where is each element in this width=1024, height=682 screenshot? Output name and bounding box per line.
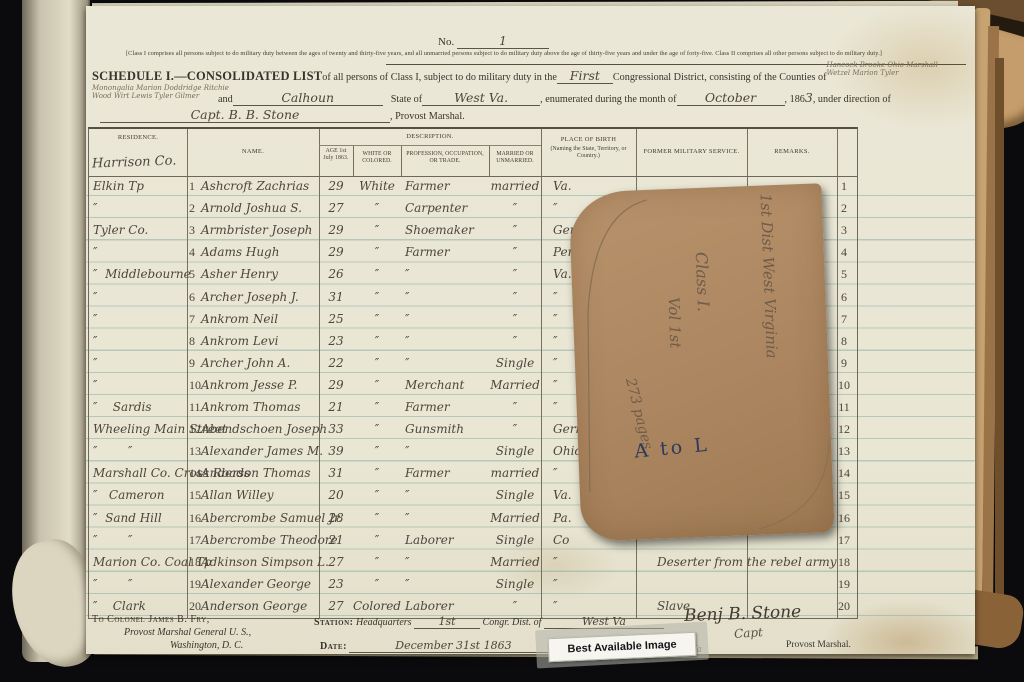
cell-residence: ″ ″ — [93, 530, 187, 552]
cell-profession: Farmer — [405, 397, 491, 419]
col-divider-sub — [489, 145, 490, 176]
cell-line-number: 9 — [189, 353, 201, 375]
cell-line-number: 14 — [189, 463, 201, 485]
state-handwritten: West Va. — [422, 90, 540, 106]
residence-county-handwritten: Harrison Co. — [92, 154, 177, 172]
cell-profession: ″ — [405, 485, 491, 507]
cell-married: ″ — [489, 419, 541, 441]
and-label: and — [218, 94, 233, 105]
cell-profession: ″ — [405, 264, 491, 286]
cell-name: Abercrombe Theodore — [201, 530, 321, 552]
col-divider-sub — [401, 145, 402, 176]
provost-label: , Provost Marshal. — [390, 111, 465, 122]
no-label: No. — [438, 36, 454, 48]
cell-line-number: 12 — [189, 419, 201, 441]
cell-profession: ″ — [405, 574, 491, 596]
counties-scribble-left: Monongalia Marion Doddridge Ritchie Wood… — [92, 90, 218, 102]
cell-color: ″ — [353, 574, 401, 596]
form-number: No. 1 — [438, 34, 549, 49]
station-label: Station: — [314, 617, 353, 628]
cell-name: Ankrom Jesse P. — [201, 375, 321, 397]
cell-profession: ″ — [405, 287, 491, 309]
remarks-header: REMARKS. — [747, 148, 837, 156]
county-handwritten: Calhoun — [233, 90, 383, 106]
cell-row-number: 17 — [835, 530, 853, 552]
cell-residence: ″ — [93, 331, 187, 353]
cell-line-number: 17 — [189, 530, 201, 552]
cell-profession: Shoemaker — [405, 220, 491, 242]
cell-line-number: 2 — [189, 198, 201, 220]
profession-header: PROFESSION, OCCUPATION, OR TRADE. — [403, 151, 487, 165]
cell-married: ″ — [489, 264, 541, 286]
signature-title: Provost Marshal. — [786, 640, 851, 650]
cell-age: 29 — [319, 375, 353, 397]
cell-color: ″ — [353, 375, 401, 397]
signature-rank: Capt — [734, 625, 764, 641]
cell-age: 29 — [319, 242, 353, 264]
cell-age: 23 — [319, 331, 353, 353]
cell-color: ″ — [353, 242, 401, 264]
cell-color: ″ — [353, 331, 401, 353]
cell-name: Archer John A. — [201, 353, 321, 375]
cell-name: Adkinson Simpson L. — [201, 552, 321, 574]
cell-age: 26 — [319, 264, 353, 286]
cell-name: Alexander George — [201, 574, 321, 596]
cell-line-number: 6 — [189, 287, 201, 309]
table-row: Marion Co. Coal Tp 18 Adkinson Simpson L… — [89, 552, 857, 574]
cell-profession: ″ — [405, 353, 491, 375]
cell-married: married — [489, 176, 541, 198]
cell-married: ″ — [489, 331, 541, 353]
cell-profession: Merchant — [405, 375, 491, 397]
residence-header: RESIDENCE. — [89, 134, 187, 142]
date-label: Date: — [320, 641, 347, 652]
age-header: AGE 1st July 1863. — [320, 148, 352, 162]
cell-residence: ″ Cameron — [93, 485, 187, 507]
cell-residence: ″ — [93, 353, 187, 375]
cell-row-number: 18 — [835, 552, 853, 574]
cell-name: Anderson George — [201, 596, 321, 618]
cell-residence: Elkin Tp — [93, 176, 187, 198]
cell-birth: ″ — [545, 574, 645, 596]
cell-profession: ″ — [405, 331, 491, 353]
cell-age: 23 — [319, 574, 353, 596]
cell-name: Arnold Joshua S. — [201, 198, 321, 220]
cell-row-number: 10 — [835, 375, 853, 397]
cell-color: ″ — [353, 419, 401, 441]
cell-profession: ″ — [405, 508, 491, 530]
table-row: ″ ″ 19 Alexander George 23 ″ ″ Single ″ … — [89, 574, 857, 596]
cell-age: 29 — [319, 176, 353, 198]
cell-color: ″ — [353, 309, 401, 331]
cell-residence: ″ ″ — [93, 441, 187, 463]
cell-row-number: 15 — [835, 485, 853, 507]
direction-label: , under direction of — [813, 94, 891, 105]
cell-married: Married — [489, 375, 541, 397]
cell-age: 39 — [319, 441, 353, 463]
cell-residence: ″ — [93, 242, 187, 264]
cell-name: Anderson Thomas — [201, 463, 321, 485]
cell-color: ″ — [353, 463, 401, 485]
cell-color: ″ — [353, 508, 401, 530]
cell-row-number: 4 — [835, 242, 853, 264]
cell-residence: ″ Sardis — [93, 397, 187, 419]
cell-name: Abercrombe Samuel Jr. — [201, 508, 321, 530]
best-available-image-badge: Best Available Image — [548, 632, 697, 662]
cell-color: ″ — [353, 530, 401, 552]
cell-married: Single — [489, 353, 541, 375]
provenance-card: 1st Dist West Virginia Class I. Vol 1st … — [568, 183, 834, 541]
cell-row-number: 14 — [835, 463, 853, 485]
cell-residence: Wheeling Main Street — [93, 419, 187, 441]
cell-row-number: 5 — [835, 264, 853, 286]
cell-name: Ashcroft Zachrias — [201, 176, 321, 198]
cell-profession: Farmer — [405, 176, 491, 198]
cell-profession: Farmer — [405, 463, 491, 485]
cell-line-number: 1 — [189, 176, 201, 198]
military-header: FORMER MILITARY SERVICE. — [636, 148, 747, 156]
title-congressional: Congressional District, consisting of th… — [613, 72, 827, 83]
cell-line-number: 19 — [189, 574, 201, 596]
addressee-city: Washington, D. C. — [170, 640, 243, 651]
cell-age: 29 — [319, 220, 353, 242]
class-definition-note: [Class I comprises all persons subject t… — [126, 50, 972, 57]
title-line-1: SCHEDULE I.—CONSOLIDATED LIST of all per… — [92, 68, 944, 84]
cell-line-number: 13 — [189, 441, 201, 463]
cell-profession: ″ — [405, 441, 491, 463]
cell-married: Single — [489, 441, 541, 463]
cell-age: 31 — [319, 287, 353, 309]
cell-color: ″ — [353, 220, 401, 242]
cell-residence: ″ — [93, 309, 187, 331]
year-label: , 186 — [785, 94, 805, 105]
cell-name: Armbrister Joseph — [201, 220, 321, 242]
cell-age: 27 — [319, 198, 353, 220]
cell-line-number: 8 — [189, 331, 201, 353]
cell-married: Single — [489, 530, 541, 552]
cell-residence: ″ — [93, 375, 187, 397]
cell-married: ″ — [489, 242, 541, 264]
cell-married: married — [489, 463, 541, 485]
cell-color: ″ — [353, 353, 401, 375]
cell-age: 31 — [319, 463, 353, 485]
cell-color: ″ — [353, 441, 401, 463]
description-header: DESCRIPTION. — [319, 133, 541, 141]
cell-age: 20 — [319, 485, 353, 507]
title-line-3: Capt. B. B. Stone, Provost Marshal. — [100, 107, 465, 123]
title-line-2: Monongalia Marion Doddridge Ritchie Wood… — [92, 90, 891, 106]
cell-age: 25 — [319, 309, 353, 331]
cell-line-number: 18 — [189, 552, 201, 574]
cell-residence: ″ — [93, 287, 187, 309]
cell-profession: Gunsmith — [405, 419, 491, 441]
cell-row-number: 3 — [835, 220, 853, 242]
cell-married: Married — [489, 508, 541, 530]
station-hq: Headquarters — [356, 617, 412, 628]
cell-line-number: 5 — [189, 264, 201, 286]
counties-scribble-right: Hancock Brooke Ohio Marshall Wetzel Mari… — [826, 68, 944, 80]
station-district-handwritten: 1st — [414, 615, 480, 629]
cell-color: ″ — [353, 485, 401, 507]
cell-row-number: 8 — [835, 331, 853, 353]
cell-profession: ″ — [405, 309, 491, 331]
cell-name: Archer Joseph J. — [201, 287, 321, 309]
cell-color: ″ — [353, 264, 401, 286]
cell-row-number: 6 — [835, 287, 853, 309]
married-header: MARRIED OR UNMARRIED. — [491, 151, 539, 165]
cell-name: Ankrom Levi — [201, 331, 321, 353]
cell-residence: ″ — [93, 198, 187, 220]
cell-line-number: 10 — [189, 375, 201, 397]
cell-line-number: 4 — [189, 242, 201, 264]
cell-name: Ankrom Thomas — [201, 397, 321, 419]
cell-profession: Farmer — [405, 242, 491, 264]
cell-row-number: 12 — [835, 419, 853, 441]
year-digit-handwritten: 3 — [805, 90, 813, 105]
cell-row-number: 9 — [835, 353, 853, 375]
cell-age: 27 — [319, 552, 353, 574]
page-edges-right-3 — [995, 58, 1004, 602]
cell-row-number: 19 — [835, 574, 853, 596]
district-handwritten: First — [557, 68, 613, 84]
cell-color: ″ — [353, 287, 401, 309]
cell-color: ″ — [353, 198, 401, 220]
cell-row-number: 16 — [835, 508, 853, 530]
cell-row-number: 20 — [835, 596, 853, 618]
cell-residence: ″ Middlebourne — [93, 264, 187, 286]
cell-married: ″ — [489, 220, 541, 242]
col-divider-sub — [353, 145, 354, 176]
cell-married: Single — [489, 574, 541, 596]
date-line: Date: December 31st 1863 — [320, 639, 557, 653]
cell-remarks: Deserter from the rebel army — [639, 552, 862, 574]
cell-married: ″ — [489, 287, 541, 309]
color-header: WHITE OR COLORED. — [355, 151, 399, 165]
badge-tape: Best Available Image — [535, 622, 709, 669]
cell-line-number: 7 — [189, 309, 201, 331]
cell-name: Abendschoen Joseph — [201, 419, 321, 441]
month-handwritten: October — [677, 90, 785, 106]
cell-residence: ″ ″ — [93, 574, 187, 596]
schedule-heading: SCHEDULE I.—CONSOLIDATED LIST — [92, 69, 322, 84]
cell-birth: ″ — [545, 552, 645, 574]
station-mid: Congr. Dist. of — [483, 617, 542, 628]
addressee-title: Provost Marshal General U. S., — [124, 627, 251, 638]
cell-profession: Carpenter — [405, 198, 491, 220]
cell-married: ″ — [489, 309, 541, 331]
cell-age: 21 — [319, 530, 353, 552]
cell-residence: Marshall Co. Cross Roads — [93, 463, 187, 485]
cell-residence: ″ Sand Hill — [93, 508, 187, 530]
birth-subheader: (Naming the State, Territory, or Country… — [543, 146, 634, 160]
cell-age: 33 — [319, 419, 353, 441]
cell-color: White — [353, 176, 401, 198]
cell-remarks — [639, 574, 862, 596]
officer-handwritten: Capt. B. B. Stone — [100, 107, 390, 123]
cell-age: 28 — [319, 508, 353, 530]
cell-age: 21 — [319, 397, 353, 419]
name-header: NAME. — [187, 148, 319, 156]
cell-married: Married — [489, 552, 541, 574]
cell-residence: Marion Co. Coal Tp — [93, 552, 187, 574]
cell-name: Asher Henry — [201, 264, 321, 286]
cell-line-number: 3 — [189, 220, 201, 242]
birth-header: PLACE OF BIRTH — [541, 136, 636, 144]
cell-married: ″ — [489, 397, 541, 419]
date-handwritten: December 31st 1863 — [349, 639, 557, 653]
cell-row-number: 7 — [835, 309, 853, 331]
enumerated-label: , enumerated during the month of — [540, 94, 676, 105]
description-underline — [319, 145, 541, 146]
addressee-line: To Colonel James B. Fry, — [92, 614, 210, 625]
cell-color: ″ — [353, 397, 401, 419]
cell-line-number: 16 — [189, 508, 201, 530]
scanned-ledger-photo: No. 1 [Class I comprises all persons sub… — [0, 0, 1024, 682]
cell-residence: Tyler Co. — [93, 220, 187, 242]
cell-row-number: 11 — [835, 397, 853, 419]
cell-row-number: 2 — [835, 198, 853, 220]
cell-name: Ankrom Neil — [201, 309, 321, 331]
cell-married: ″ — [489, 198, 541, 220]
ledger-page: No. 1 [Class I comprises all persons sub… — [86, 6, 975, 654]
cell-line-number: 15 — [189, 485, 201, 507]
cell-profession: Laborer — [405, 530, 491, 552]
cell-name: Alexander James M. — [201, 441, 321, 463]
cell-age: 22 — [319, 353, 353, 375]
no-value: 1 — [457, 34, 549, 49]
cell-row-number: 1 — [835, 176, 853, 198]
cell-name: Adams Hugh — [201, 242, 321, 264]
cell-color: ″ — [353, 552, 401, 574]
title-intro: of all persons of Class I, subject to do… — [322, 72, 557, 83]
cell-profession: ″ — [405, 552, 491, 574]
state-label: State of — [383, 94, 422, 105]
cell-married: Single — [489, 485, 541, 507]
cell-line-number: 11 — [189, 397, 201, 419]
cell-row-number: 13 — [835, 441, 853, 463]
cell-name: Allan Willey — [201, 485, 321, 507]
